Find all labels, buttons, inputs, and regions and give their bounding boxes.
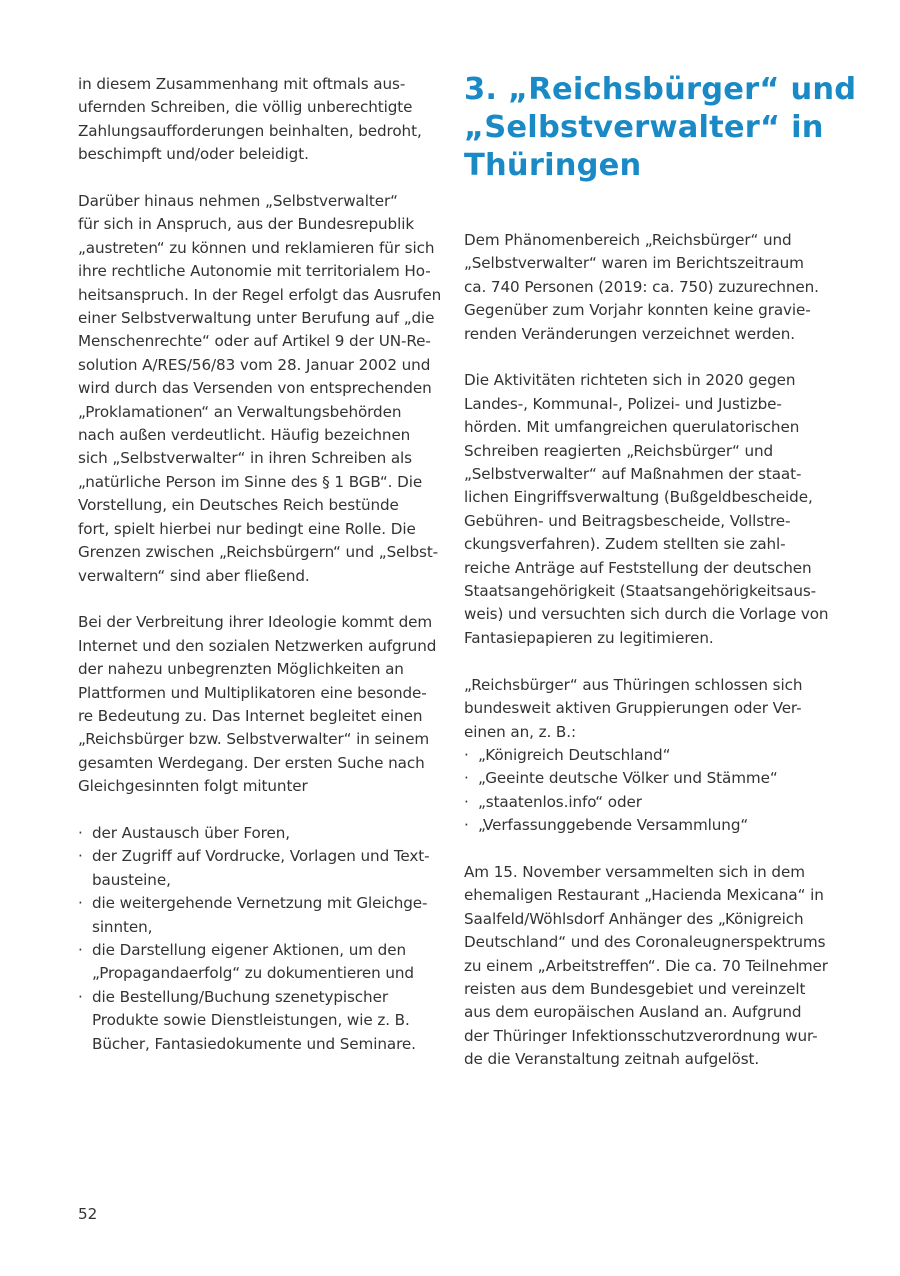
text-line: der nahezu unbegrenzten Möglichkeiten an: [78, 658, 438, 681]
text-line: re Bedeutung zu. Das Internet begleitet …: [78, 705, 438, 728]
groups-block: „Reichsbürger“ aus Thüringen schlossen s…: [464, 674, 826, 838]
list-item: die Darstellung eigener Aktionen, um den…: [78, 939, 438, 986]
paragraph-selbstverwalter: Darüber hinaus nehmen „Selbstverwalter“ …: [78, 190, 438, 588]
text-line: Saalfeld/Wöhlsdorf Anhänger des „Königre…: [464, 908, 826, 931]
text-line: Gebühren- und Beitragsbescheide, Vollstr…: [464, 510, 826, 533]
list-item-text: die Bestellung/Buchung szenetypischer: [92, 986, 438, 1009]
left-column: in diesem Zusammenhang mit oftmals aus- …: [78, 73, 438, 1056]
text-line: ihre rechtliche Autonomie mit territoria…: [78, 260, 438, 283]
text-line: hörden. Mit umfangreichen querulatorisch…: [464, 416, 826, 439]
list-item: der Zugriff auf Vordrucke, Vorlagen und …: [78, 845, 438, 892]
internet-activities-list: der Austausch über Foren, der Zugriff au…: [78, 822, 438, 1056]
text-line: Am 15. November versammelten sich in dem: [464, 861, 826, 884]
text-line: gesamten Werdegang. Der ersten Suche nac…: [78, 752, 438, 775]
list-item-text: der Austausch über Foren,: [92, 822, 438, 845]
groups-list: „Königreich Deutschland“ „Geeinte deutsc…: [464, 744, 826, 838]
text-line: „Proklamationen“ an Verwaltungsbehörden: [78, 401, 438, 424]
text-line: ckungsverfahren). Zudem stellten sie zah…: [464, 533, 826, 556]
list-item-text: „Propagandaerfolg“ zu dokumentieren und: [92, 962, 438, 985]
text-line: Darüber hinaus nehmen „Selbstverwalter“: [78, 190, 438, 213]
text-line: verwaltern“ sind aber fließend.: [78, 565, 438, 588]
text-line: Deutschland“ und des Coronaleugnerspektr…: [464, 931, 826, 954]
text-line: weis) und versuchten sich durch die Vorl…: [464, 603, 826, 626]
text-line: reiche Anträge auf Feststellung der deut…: [464, 557, 826, 580]
text-line: Gegenüber zum Vorjahr konnten keine grav…: [464, 299, 826, 322]
text-line: de die Veranstaltung zeitnah aufgelöst.: [464, 1048, 826, 1071]
paragraph-groups: „Reichsbürger“ aus Thüringen schlossen s…: [464, 674, 826, 744]
list-item-text: Produkte sowie Dienstleistungen, wie z. …: [92, 1009, 438, 1032]
text-line: in diesem Zusammenhang mit oftmals aus-: [78, 73, 438, 96]
list-item-text: der Zugriff auf Vordrucke, Vorlagen und …: [92, 845, 438, 868]
paragraph-internet: Bei der Verbreitung ihrer Ideologie komm…: [78, 611, 438, 798]
list-item-text: die Darstellung eigener Aktionen, um den: [92, 939, 438, 962]
text-line: Internet und den sozialen Netzwerken auf…: [78, 635, 438, 658]
text-line: ufernden Schreiben, die völlig unberecht…: [78, 96, 438, 119]
text-line: lichen Eingriffsverwaltung (Bußgeldbesch…: [464, 486, 826, 509]
text-line: reisten aus dem Bundesgebiet und vereinz…: [464, 978, 826, 1001]
text-line: Plattformen und Multiplikatoren eine bes…: [78, 682, 438, 705]
text-line: „austreten“ zu können und reklamieren fü…: [78, 237, 438, 260]
text-line: solution A/RES/56/83 vom 28. Januar 2002…: [78, 354, 438, 377]
list-item: „staatenlos.info“ oder: [464, 791, 826, 814]
list-item: der Austausch über Foren,: [78, 822, 438, 845]
text-line: Staatsangehörigkeit (Staatsangehörigkeit…: [464, 580, 826, 603]
text-line: „Selbstverwalter“ auf Maßnahmen der staa…: [464, 463, 826, 486]
text-line: renden Veränderungen verzeichnet werden.: [464, 323, 826, 346]
text-line: Landes-, Kommunal-, Polizei- und Justizb…: [464, 393, 826, 416]
section-heading: 3. „Reichsbürger“ und „Selbstverwalter“ …: [464, 71, 826, 185]
text-line: „natürliche Person im Sinne des § 1 BGB“…: [78, 471, 438, 494]
text-line: ehemaligen Restaurant „Hacienda Mexicana…: [464, 884, 826, 907]
text-line: Bei der Verbreitung ihrer Ideologie komm…: [78, 611, 438, 634]
list-item-text: „Königreich Deutschland“: [478, 744, 826, 767]
list-item-text: „Geeinte deutsche Völker und Stämme“: [478, 767, 826, 790]
text-line: Gleichgesinnten folgt mitunter: [78, 775, 438, 798]
list-item: die Bestellung/Buchung szenetypischer Pr…: [78, 986, 438, 1056]
text-line: aus dem europäischen Ausland an. Aufgrun…: [464, 1001, 826, 1024]
paragraph-november-meeting: Am 15. November versammelten sich in dem…: [464, 861, 826, 1072]
page-number: 52: [78, 1205, 97, 1223]
text-line: wird durch das Versenden von entsprechen…: [78, 377, 438, 400]
text-line: für sich in Anspruch, aus der Bundesrepu…: [78, 213, 438, 236]
heading-line: 3. „Reichsbürger“ und: [464, 71, 826, 109]
text-line: Dem Phänomenbereich „Reichsbürger“ und: [464, 229, 826, 252]
list-item-text: die weitergehende Vernetzung mit Gleichg…: [92, 892, 438, 915]
list-item-text: „staatenlos.info“ oder: [478, 791, 826, 814]
text-line: Menschenrechte“ oder auf Artikel 9 der U…: [78, 330, 438, 353]
text-line: zu einem „Arbeitstreffen“. Die ca. 70 Te…: [464, 955, 826, 978]
text-line: einer Selbstverwaltung unter Berufung au…: [78, 307, 438, 330]
list-item: „Verfassunggebende Versammlung“: [464, 814, 826, 837]
list-item: „Geeinte deutsche Völker und Stämme“: [464, 767, 826, 790]
text-line: „Reichsbürger bzw. Selbstverwalter“ in s…: [78, 728, 438, 751]
text-line: „Selbstverwalter“ waren im Berichtszeitr…: [464, 252, 826, 275]
list-item-text: bausteine,: [92, 869, 438, 892]
text-line: „Reichsbürger“ aus Thüringen schlossen s…: [464, 674, 826, 697]
heading-line: „Selbstverwalter“ in: [464, 109, 826, 147]
text-line: fort, spielt hierbei nur bedingt eine Ro…: [78, 518, 438, 541]
text-line: Fantasiepapieren zu legitimieren.: [464, 627, 826, 650]
right-column: 3. „Reichsbürger“ und „Selbstverwalter“ …: [464, 73, 826, 1095]
text-line: Zahlungsaufforderungen beinhalten, bedro…: [78, 120, 438, 143]
text-line: ca. 740 Personen (2019: ca. 750) zuzurec…: [464, 276, 826, 299]
list-item-text: „Verfassunggebende Versammlung“: [478, 814, 826, 837]
text-line: Vorstellung, ein Deutsches Reich bestünd…: [78, 494, 438, 517]
paragraph-phenomenon: Dem Phänomenbereich „Reichsbürger“ und „…: [464, 229, 826, 346]
text-line: Die Aktivitäten richteten sich in 2020 g…: [464, 369, 826, 392]
text-line: beschimpft und/oder beleidigt.: [78, 143, 438, 166]
paragraph-activities: Die Aktivitäten richteten sich in 2020 g…: [464, 369, 826, 650]
text-line: heitsanspruch. In der Regel erfolgt das …: [78, 284, 438, 307]
text-line: der Thüringer Infektionsschutzverordnung…: [464, 1025, 826, 1048]
list-item-text: sinnten,: [92, 916, 438, 939]
heading-line: Thüringen: [464, 147, 826, 185]
list-item: „Königreich Deutschland“: [464, 744, 826, 767]
text-line: Grenzen zwischen „Reichsbürgern“ und „Se…: [78, 541, 438, 564]
paragraph-intro-continued: in diesem Zusammenhang mit oftmals aus- …: [78, 73, 438, 167]
text-line: sich „Selbstverwalter“ in ihren Schreibe…: [78, 447, 438, 470]
list-item-text: Bücher, Fantasiedokumente und Seminare.: [92, 1033, 438, 1056]
text-line: bundesweit aktiven Gruppierungen oder Ve…: [464, 697, 826, 720]
list-item: die weitergehende Vernetzung mit Gleichg…: [78, 892, 438, 939]
text-line: nach außen verdeutlicht. Häufig bezeichn…: [78, 424, 438, 447]
text-line: Schreiben reagierten „Reichsbürger“ und: [464, 440, 826, 463]
text-line: einen an, z. B.:: [464, 721, 826, 744]
